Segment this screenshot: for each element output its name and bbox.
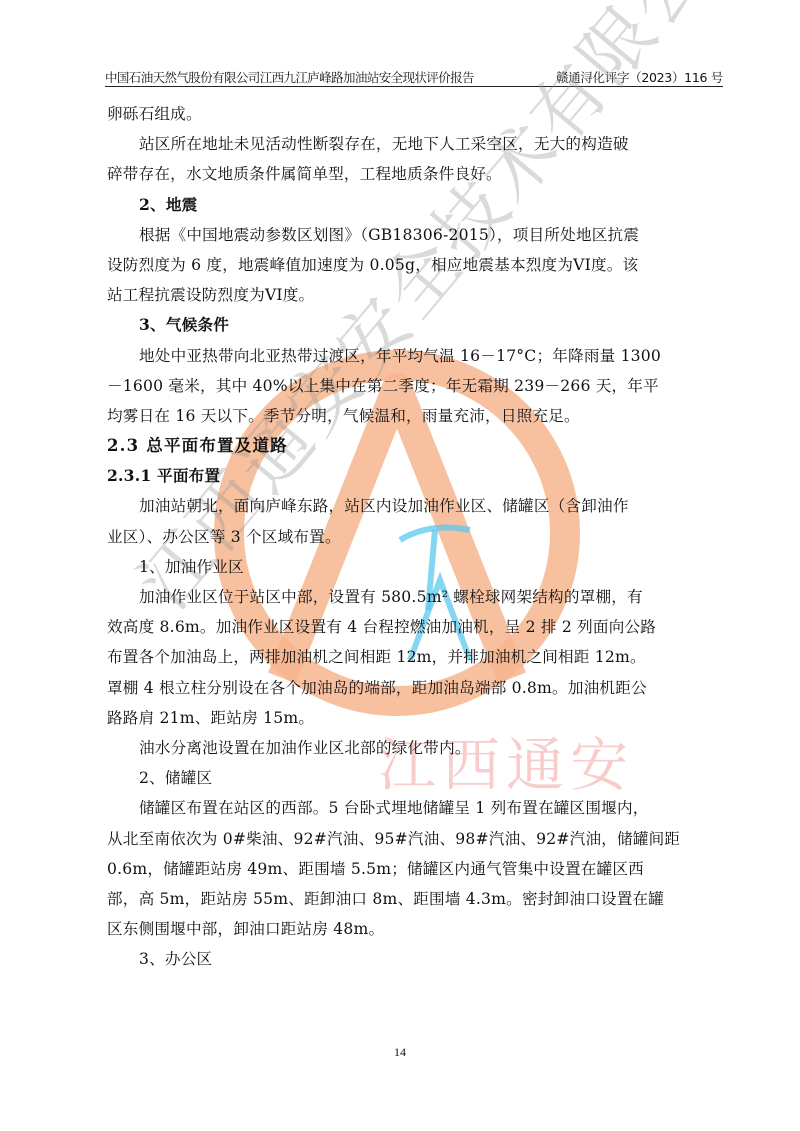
paragraph-line: 站工程抗震设防烈度为VI度。 [107,280,723,310]
paragraph-line: 业区）、办公区等 3 个区域布置。 [107,522,723,552]
section-heading-2-3: 2.3 总平面布置及道路 [107,431,723,461]
section-heading-earthquake: 2、地震 [107,190,723,220]
subheading-fueling-area: 1、加油作业区 [107,552,723,582]
paragraph-line: 站区所在地址未见活动性断裂存在，无地下人工采空区，无大的构造破 [107,129,723,159]
paragraph-line: 设防烈度为 6 度，地震峰值加速度为 0.05g，相应地震基本烈度为VI度。该 [107,250,723,280]
section-heading-climate: 3、气候条件 [107,310,723,340]
paragraph-line: 从北至南依次为 0#柴油、92#汽油、95#汽油、98#汽油、92#汽油，储罐间… [107,824,723,854]
document-body: 卵砾石组成。 站区所在地址未见活动性断裂存在，无地下人工采空区，无大的构造破 碎… [107,99,723,974]
header-report-title: 中国石油天然气股份有限公司江西九江庐峰路加油站安全现状评价报告 [105,68,474,86]
subheading-tank-area: 2、储罐区 [107,763,723,793]
page-header: 中国石油天然气股份有限公司江西九江庐峰路加油站安全现状评价报告 赣通浔化评字（2… [105,68,723,87]
header-document-number: 赣通浔化评字（2023）116 号 [556,68,723,86]
paragraph-line: 路路肩 21m、距站房 15m。 [107,703,723,733]
paragraph-line: 加油作业区位于站区中部，设置有 580.5m² 螺栓球网架结构的罩棚，有 [107,582,723,612]
paragraph-line: 效高度 8.6m。加油作业区设置有 4 台程控燃油加油机，呈 2 排 2 列面向… [107,612,723,642]
paragraph-line: 卵砾石组成。 [107,99,723,129]
paragraph-line: 均雾日在 16 天以下。季节分明，气候温和，雨量充沛，日照充足。 [107,401,723,431]
paragraph-line: 储罐区布置在站区的西部。5 台卧式埋地储罐呈 1 列布置在罐区围堰内， [107,793,723,823]
paragraph-line: 布置各个加油岛上，两排加油机之间相距 12m，并排加油机之间相距 12m。 [107,642,723,672]
paragraph-line: －1600 毫米，其中 40%以上集中在第二季度；年无霜期 239－266 天，… [107,371,723,401]
document-page: 中国石油天然气股份有限公司江西九江庐峰路加油站安全现状评价报告 赣通浔化评字（2… [0,0,800,1131]
paragraph-line: 区东侧围堰中部，卸油口距站房 48m。 [107,914,723,944]
paragraph-line: 0.6m，储罐距站房 49m、距围墙 5.5m；储罐区内通气管集中设置在罐区西 [107,854,723,884]
section-heading-2-3-1: 2.3.1 平面布置 [107,461,723,491]
paragraph-line: 根据《中国地震动参数区划图》（GB18306-2015），项目所处地区抗震 [107,220,723,250]
page-number: 14 [0,1045,800,1060]
subheading-office-area: 3、办公区 [107,944,723,974]
paragraph-line: 油水分离池设置在加油作业区北部的绿化带内。 [107,733,723,763]
paragraph-line: 加油站朝北，面向庐峰东路，站区内设加油作业区、储罐区（含卸油作 [107,491,723,521]
paragraph-line: 碎带存在，水文地质条件属简单型，工程地质条件良好。 [107,159,723,189]
paragraph-line: 地处中亚热带向北亚热带过渡区，年平均气温 16－17°C；年降雨量 1300 [107,341,723,371]
paragraph-line: 罩棚 4 根立柱分别设在各个加油岛的端部，距加油岛端部 0.8m。加油机距公 [107,673,723,703]
paragraph-line: 部，高 5m，距站房 55m、距卸油口 8m、距围墙 4.3m。密封卸油口设置在… [107,884,723,914]
